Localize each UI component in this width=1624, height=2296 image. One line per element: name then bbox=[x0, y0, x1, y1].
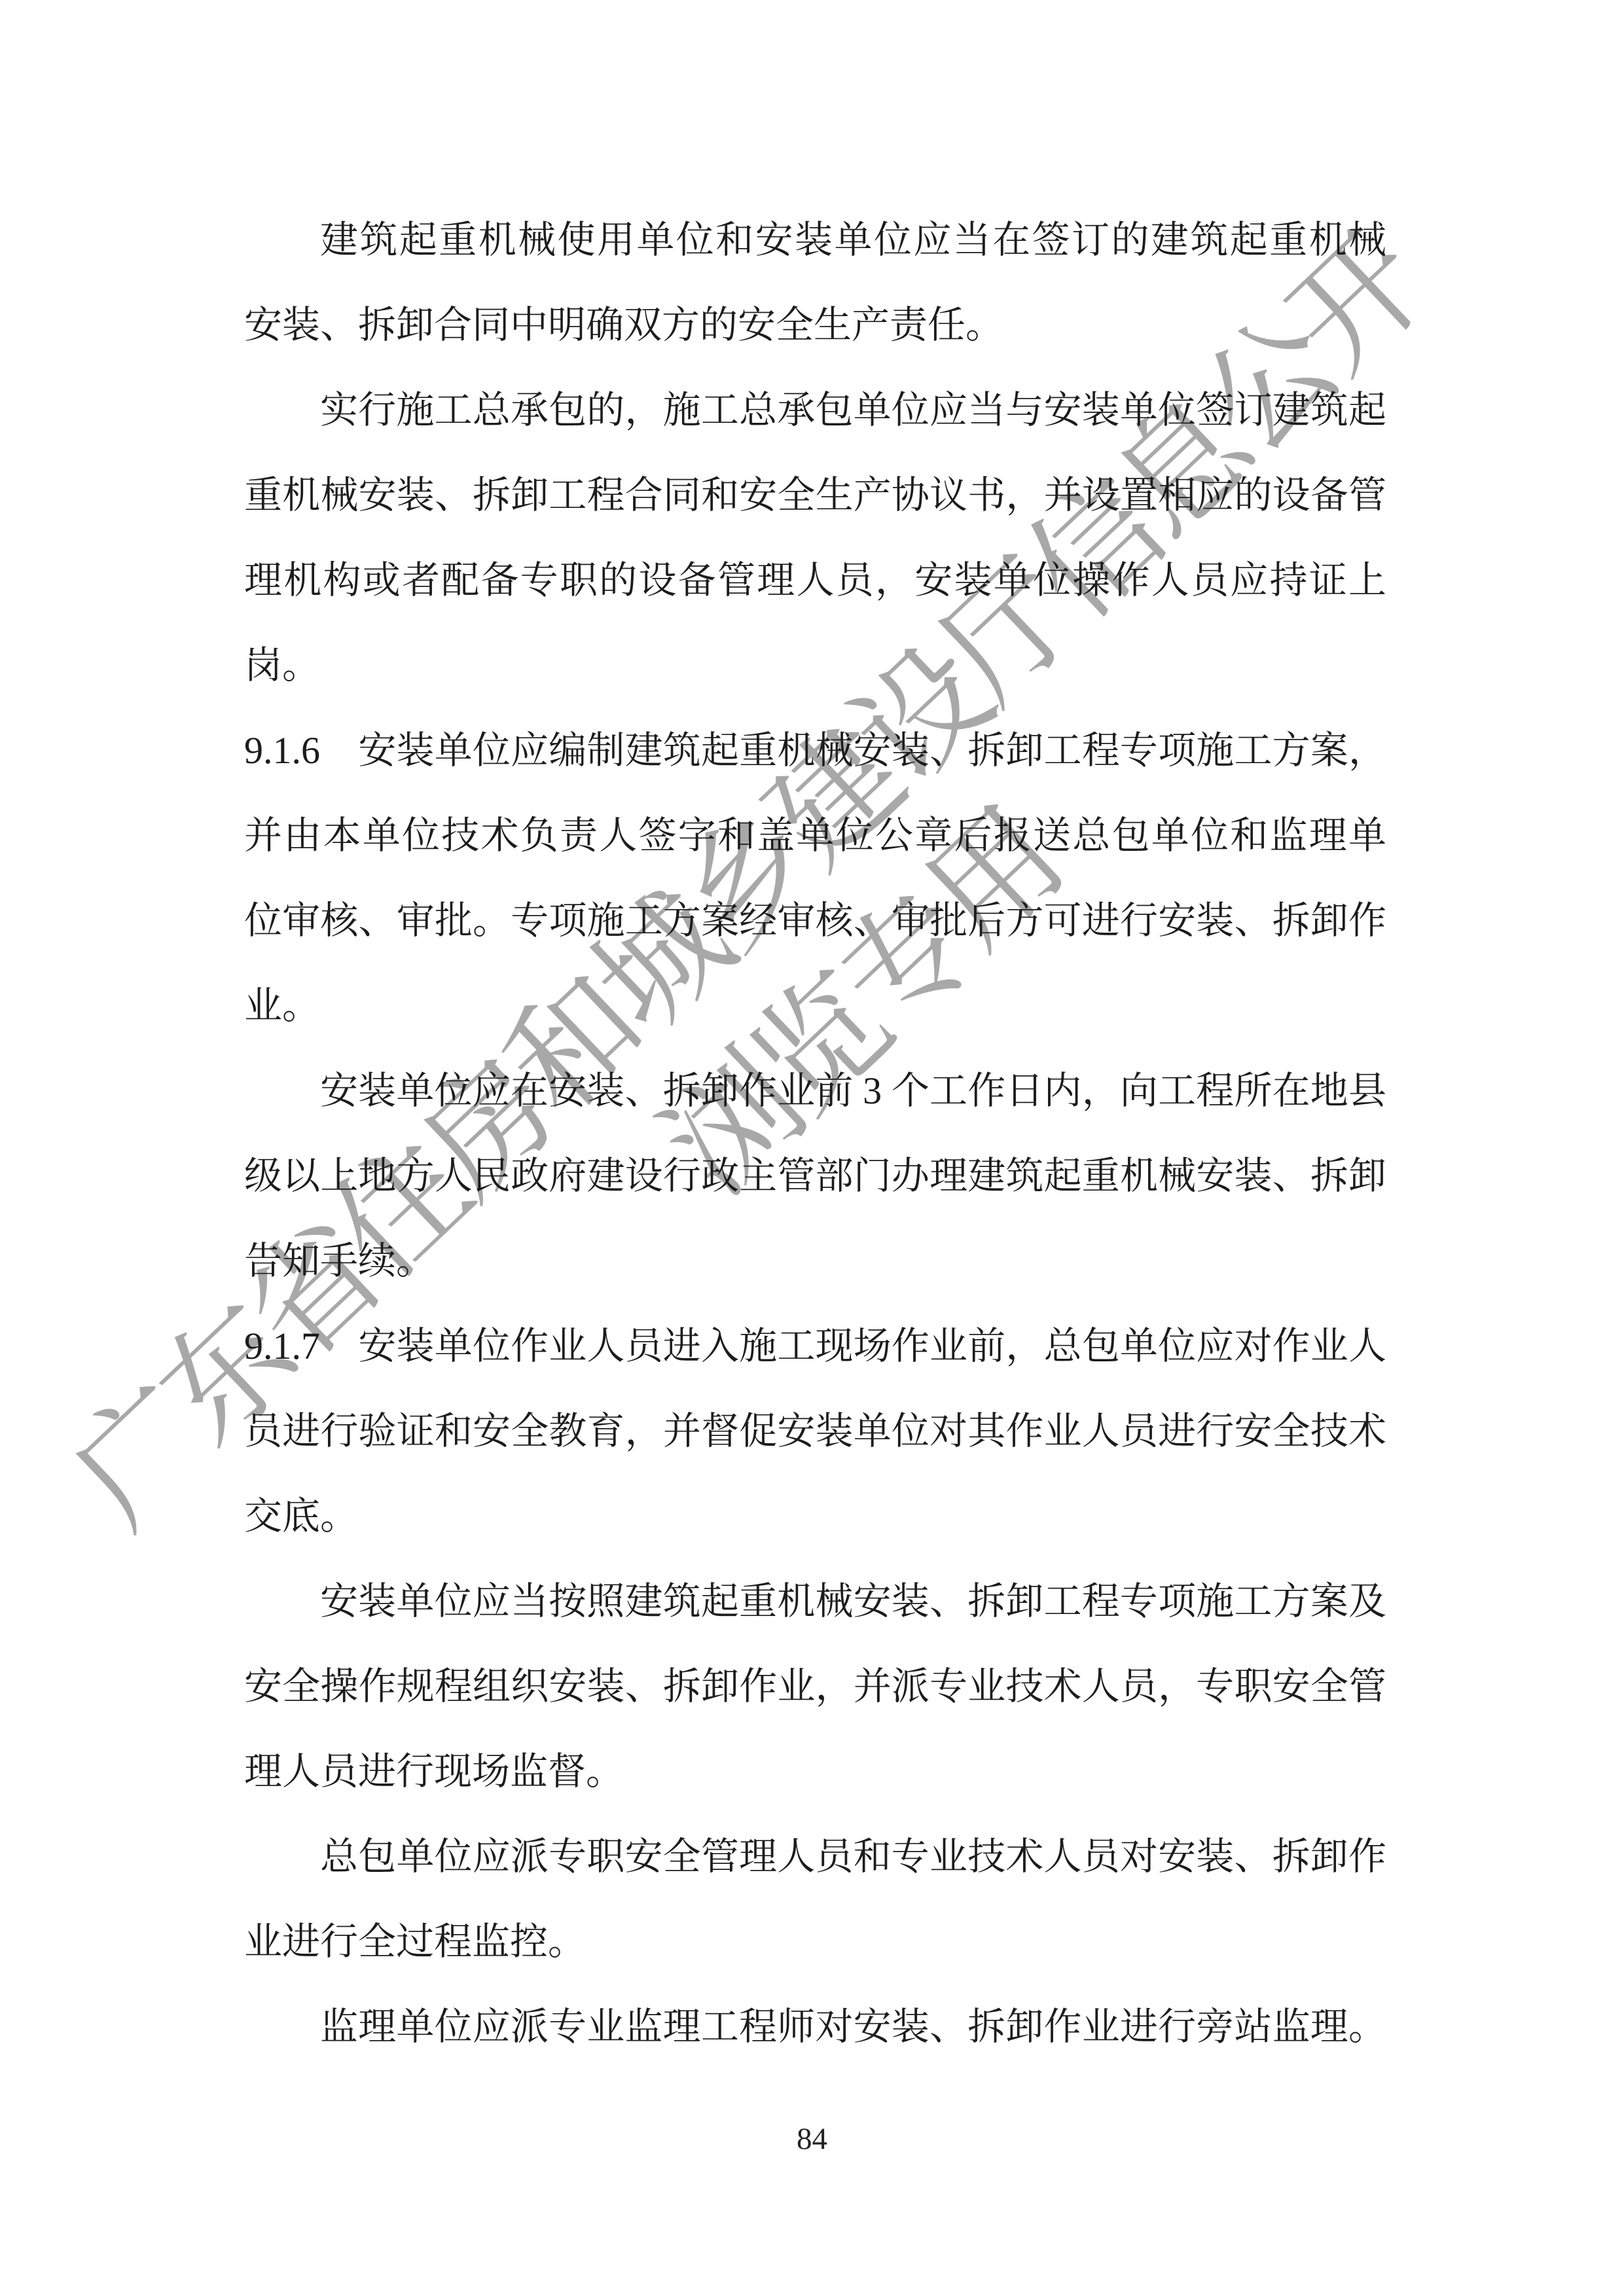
text-line: 重机械安装、拆卸工程合同和安全生产协议书，并设置相应的设备管 bbox=[244, 453, 1386, 538]
text-line: 并由本单位技术负责人签字和盖单位公章后报送总包单位和监理单 bbox=[244, 793, 1386, 878]
text-line: 安装单位应在安装、拆卸作业前 3 个工作日内，向工程所在地县 bbox=[244, 1049, 1386, 1134]
page-number: 84 bbox=[0, 2124, 1624, 2155]
text-line: 9.1.7 安装单位作业人员进入施工现场作业前，总包单位应对作业人 bbox=[244, 1304, 1386, 1389]
text-line: 交底。 bbox=[244, 1474, 1386, 1559]
text-line: 安全操作规程组织安装、拆卸作业，并派专业技术人员，专职安全管 bbox=[244, 1644, 1386, 1729]
document-body: 建筑起重机械使用单位和安装单位应当在签订的建筑起重机械安装、拆卸合同中明确双方的… bbox=[244, 198, 1386, 2070]
text-line: 实行施工总承包的，施工总承包单位应当与安装单位签订建筑起 bbox=[244, 368, 1386, 453]
text-line: 理机构或者配备专职的设备管理人员，安装单位操作人员应持证上 bbox=[244, 538, 1386, 623]
text-line: 监理单位应派专业监理工程师对安装、拆卸作业进行旁站监理。 bbox=[244, 1984, 1386, 2070]
text-line: 安装、拆卸合同中明确双方的安全生产责任。 bbox=[244, 283, 1386, 368]
text-line: 告知手续。 bbox=[244, 1219, 1386, 1304]
text-line: 员进行验证和安全教育，并督促安装单位对其作业人员进行安全技术 bbox=[244, 1389, 1386, 1474]
text-line: 理人员进行现场监督。 bbox=[244, 1729, 1386, 1814]
text-line: 安装单位应当按照建筑起重机械安装、拆卸工程专项施工方案及 bbox=[244, 1559, 1386, 1644]
text-line: 9.1.6 安装单位应编制建筑起重机械安装、拆卸工程专项施工方案， bbox=[244, 708, 1386, 793]
text-line: 位审核、审批。专项施工方案经审核、审批后方可进行安装、拆卸作 bbox=[244, 878, 1386, 963]
text-line: 总包单位应派专职安全管理人员和专业技术人员对安装、拆卸作 bbox=[244, 1814, 1386, 1899]
text-line: 业进行全过程监控。 bbox=[244, 1899, 1386, 1984]
text-line: 岗。 bbox=[244, 623, 1386, 708]
document-page: 广东省住房和城乡建设厅信息公开 浏览专用 建筑起重机械使用单位和安装单位应当在签… bbox=[0, 0, 1624, 2296]
text-line: 级以上地方人民政府建设行政主管部门办理建筑起重机械安装、拆卸 bbox=[244, 1134, 1386, 1219]
text-line: 建筑起重机械使用单位和安装单位应当在签订的建筑起重机械 bbox=[244, 198, 1386, 283]
text-line: 业。 bbox=[244, 963, 1386, 1049]
